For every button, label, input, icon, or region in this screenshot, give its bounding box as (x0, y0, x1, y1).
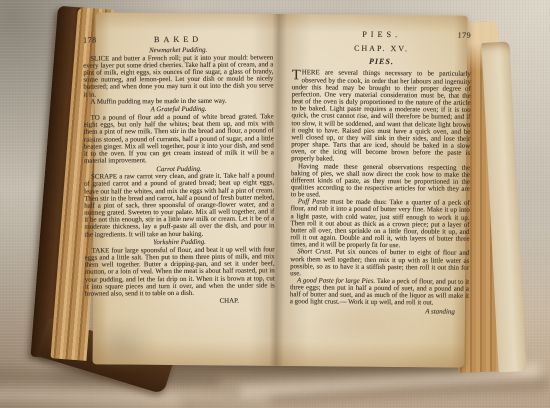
paste-recipe-paragraph: A good Paste for large Pies. Take a peck… (290, 277, 469, 307)
recipe-paragraph: TO a pound of flour add a pound of white… (84, 113, 274, 164)
recipe-section: Yorkshire Pudding. TAKE four large spoon… (84, 239, 274, 298)
chapter-paragraph: THERE are several things necessary to be… (291, 70, 471, 165)
right-page-header: PIES. 179 (292, 30, 471, 39)
recipe-paragraph: TAKE four large spoonsful of flour, and … (85, 246, 275, 297)
right-page: PIES. 179 CHAP. XV. PIES. THERE are seve… (290, 30, 471, 315)
right-running-title: PIES. (326, 31, 437, 39)
paragraph-text: must be made thus: Take a quarter of a p… (290, 199, 469, 250)
left-page-number: 178 (83, 36, 117, 43)
drop-cap: T (292, 70, 302, 83)
left-page-header: 178 BAKED (83, 35, 273, 43)
chapter-title: PIES. (292, 58, 471, 67)
photo-of-open-book: 178 BAKED Newmarket Pudding. SLICE and b… (0, 0, 550, 408)
right-catchword: A standing (290, 307, 469, 316)
recipe-paragraph: SLICE and butter a French roll; put it i… (83, 54, 273, 98)
page-stain (88, 318, 158, 373)
chapter-paragraph: Having made these general observations r… (291, 163, 470, 200)
recipe-paragraph: A Muffin pudding may be made in the same… (83, 97, 273, 105)
recipe-section: Carrot Pudding. SCRAPE a raw carrot very… (84, 165, 274, 238)
left-page: 178 BAKED Newmarket Pudding. SLICE and b… (83, 35, 275, 305)
right-page-number: 179 (437, 31, 471, 38)
left-running-title: BAKED (117, 36, 239, 44)
recipe-section: Newmarket Pudding. SLICE and butter a Fr… (83, 46, 273, 105)
chapter-heading: CHAP. XV. (292, 44, 471, 53)
left-catchword: CHAP. (85, 297, 275, 305)
paragraph-text: HERE are several things necessary to be … (291, 70, 471, 163)
paste-recipe-paragraph: Short Crust. Put six ounces of butter to… (290, 249, 469, 279)
recipe-section: A Grateful Pudding. TO a pound of flour … (84, 106, 274, 165)
paste-recipe-paragraph: Puff Paste must be made thus: Take a qua… (290, 198, 469, 250)
recipe-paragraph: SCRAPE a raw carrot very clean, and grat… (84, 173, 274, 239)
